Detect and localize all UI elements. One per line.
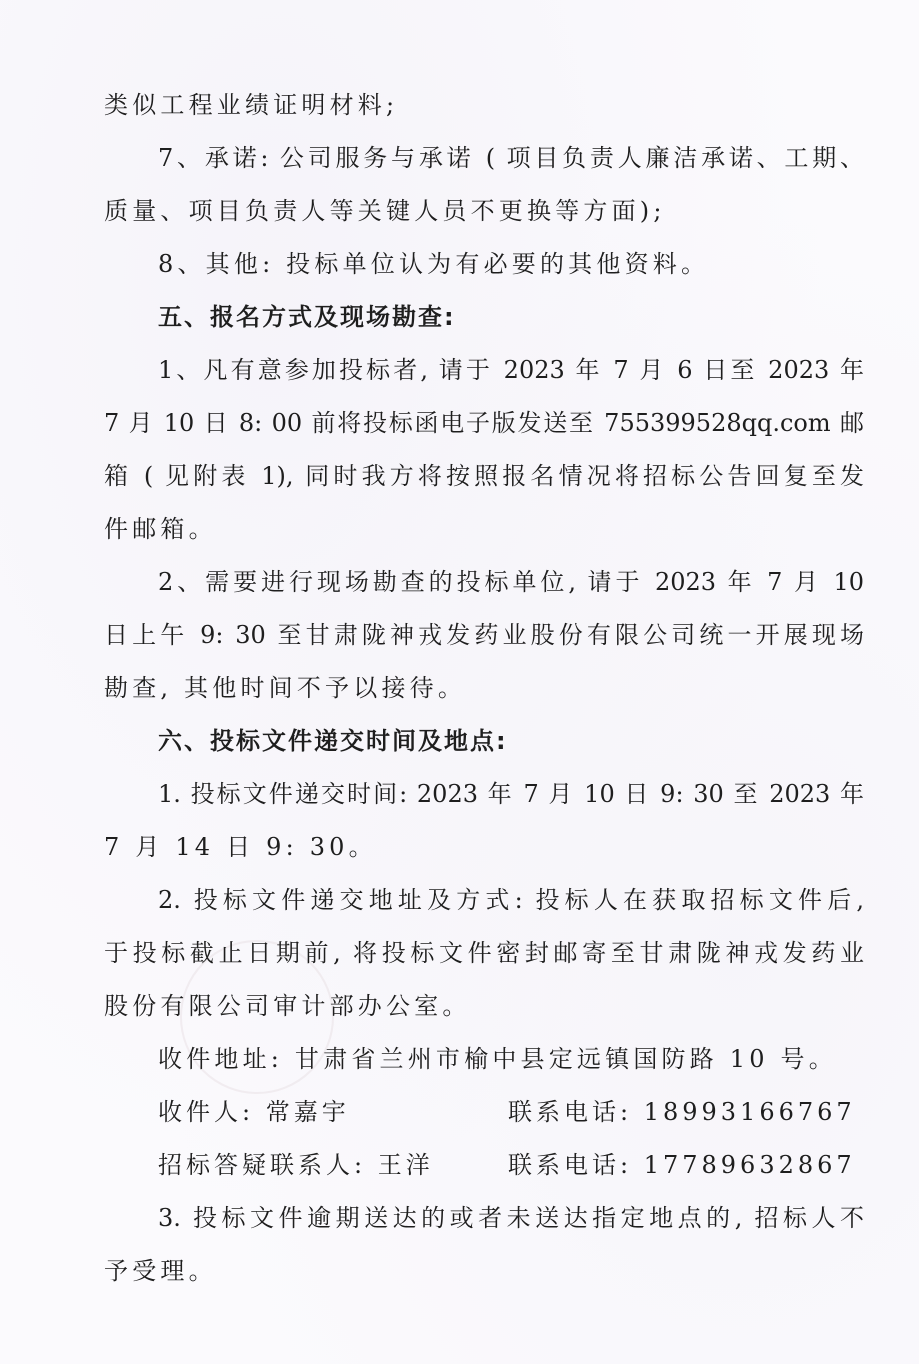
site-survey-item-2: 2、需要进行现场勘查的投标单位, 请于 2023 年 7 月 10	[158, 567, 864, 597]
text-line: 于投标截止日期前, 将投标文件密封邮寄至甘肃陇神戎发药业	[104, 938, 864, 968]
submission-time-item-1: 1. 投标文件递交时间: 2023 年 7 月 10 日 9: 30 至 202…	[158, 779, 864, 809]
mailing-address: 收件地址: 甘肃省兰州市榆中县定远镇国防路 10 号。	[158, 1044, 864, 1074]
text-line: 7 月 10 日 8: 00 前将投标函电子版发送至 755399528qq.c…	[104, 408, 864, 438]
recipient-phone: 联系电话: 18993166767	[508, 1097, 856, 1127]
text-line: 7 月 14 日 9: 30。	[104, 832, 864, 862]
item-8-other: 8、其他: 投标单位认为有必要的其他资料。	[158, 249, 864, 279]
section-5-heading: 五、报名方式及现场勘查:	[158, 302, 864, 332]
recipient-name: 收件人: 常嘉宇	[158, 1098, 350, 1126]
inquiry-contact-phone: 联系电话: 17789632867	[508, 1150, 856, 1180]
text-line: 箱 ( 见附表 1), 同时我方将按照报名情况将招标公告回复至发	[104, 461, 864, 491]
text-line: 日上午 9: 30 至甘肃陇神戎发药业股份有限公司统一开展现场	[104, 620, 864, 650]
text-line: 予受理。	[104, 1256, 864, 1286]
contact-row-inquiry: 招标答疑联系人: 王洋 联系电话: 17789632867	[158, 1150, 864, 1180]
submission-address-item-2: 2. 投标文件递交地址及方式: 投标人在获取招标文件后,	[158, 885, 864, 915]
contact-row-recipient: 收件人: 常嘉宇 联系电话: 18993166767	[158, 1097, 864, 1127]
late-submission-item-3: 3. 投标文件逾期送达的或者未送达指定地点的, 招标人不	[158, 1203, 864, 1233]
registration-item-1: 1、凡有意参加投标者, 请于 2023 年 7 月 6 日至 2023 年	[158, 355, 864, 385]
text-line: 勘查, 其他时间不予以接待。	[104, 673, 864, 703]
item-7-commitment: 7、承诺: 公司服务与承诺 ( 项目负责人廉洁承诺、工期、	[158, 143, 864, 173]
text-line: 件邮箱。	[104, 514, 864, 544]
text-line: 类似工程业绩证明材料;	[104, 90, 864, 120]
document-page: 类似工程业绩证明材料; 7、承诺: 公司服务与承诺 ( 项目负责人廉洁承诺、工期…	[0, 0, 919, 1364]
text-line: 股份有限公司审计部办公室。	[104, 991, 864, 1021]
text-line: 质量、项目负责人等关键人员不更换等方面);	[104, 196, 864, 226]
inquiry-contact-name: 招标答疑联系人: 王洋	[158, 1151, 434, 1179]
section-6-heading: 六、投标文件递交时间及地点:	[158, 726, 864, 756]
